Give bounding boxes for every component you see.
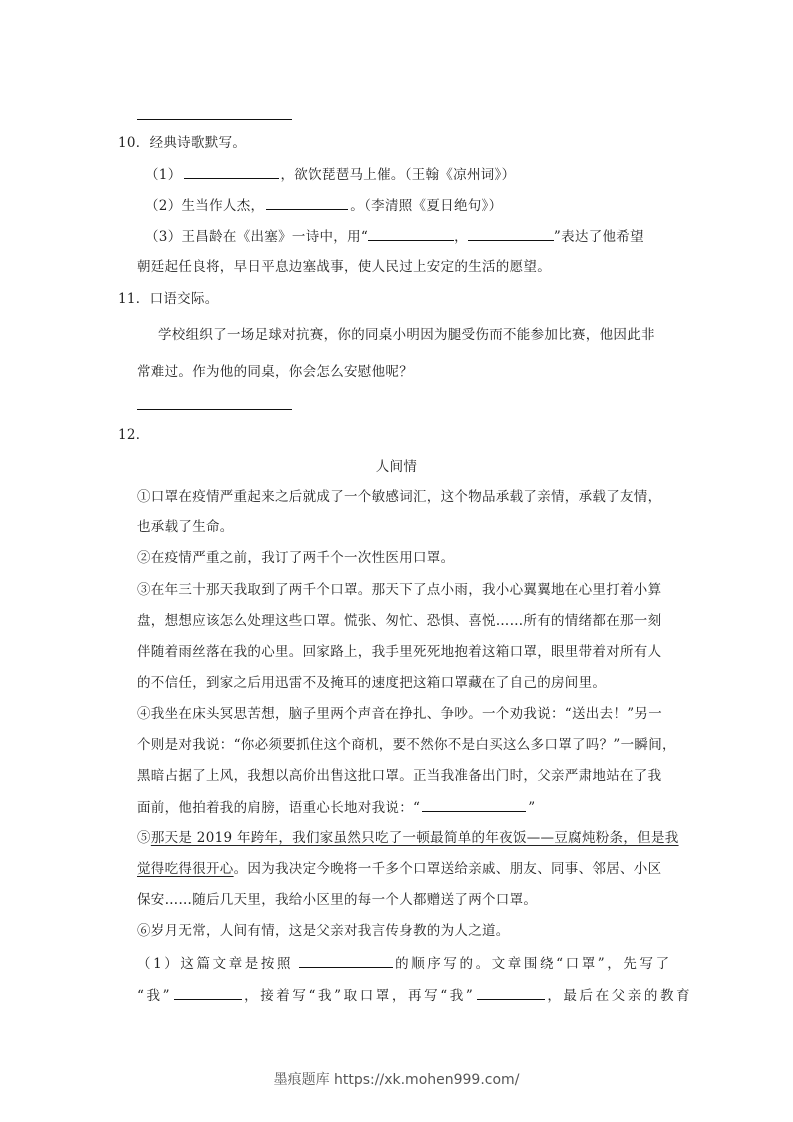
article-title: 人间情 [0,457,793,477]
paragraph-2: ②在疫情严重之前，我订了两千个一次性医用口罩。 [137,548,454,568]
underlined-sentence-part2: 觉得吃得很开心 [137,861,234,877]
q10-item1: （1），欲饮琵琶马上催。（王翰《凉州词》） [145,164,515,185]
paragraph-3-line2: 盘，想想应该怎么处理这些口罩。慌张、匆忙、恐惧、喜悦……所有的情绪都在那一刻 [137,611,661,631]
q10-item2: （2）生当作人杰，。（李清照《夏日绝句》） [145,195,502,216]
subq1-text-after: 的顺序写的。文章围绕“口罩”，先写了 [395,956,672,972]
paragraph-3-line1: ③在年三十那天我取到了两千个口罩。那天下了点小雨，我小心翼翼地在心里打着小算 [137,580,661,600]
q10-item2-text-after: 。（李清照《夏日绝句》） [350,198,502,214]
paragraph-4-close-quote: ” [528,800,535,816]
subq1-line2: “我”，接着写“我”取口罩，再写“我”，最后在父亲的教育 [137,985,692,1006]
subq1-line2-part-b: ，接着写“我”取口罩，再写“我” [244,988,475,1004]
q10-item3-text-before: （3）王昌龄在《出塞》一诗中，用“ [145,229,368,245]
paragraph-4-line4: 面前，他拍着我的肩膀，语重心长地对我说：“” [137,797,535,818]
subq1-blank-2[interactable] [174,985,242,1000]
q11-answer-line[interactable] [137,409,292,410]
subq1-line1: （1）这篇文章是按照的顺序写的。文章围绕“口罩”，先写了 [137,953,672,974]
q12-number: 12． [118,425,150,445]
subq1-blank-3[interactable] [477,985,545,1000]
q10-item3: （3）王昌龄在《出塞》一诗中，用“，”表达了他希望 [145,226,644,247]
q10-item3-blank-1[interactable] [368,226,454,241]
q10-item1-blank[interactable] [184,164,279,179]
paragraph-5-line2-rest: 。因为我决定今晚将一千多个口罩送给亲戚、朋友、同事、邻居、小区 [234,861,662,877]
q11-title: 11．口语交际。 [118,289,219,309]
paragraph-3-line3: 伴随着雨丝落在我的心里。回家路上，我手里死死地抱着这箱口罩，眼里带着对所有人 [137,642,661,662]
q11-prompt-line2: 常难过。作为他的同桌，你会怎么安慰他呢？ [137,362,413,382]
q10-item1-label: （1） [145,167,182,183]
paragraph-4-line2: 个则是对我说：“你必须要抓住这个商机，要不然你不是白买这么多口罩了吗？”一瞬间， [137,735,676,755]
paragraph-1-line1: ①口罩在疫情严重起来之后就成了一个敏感词汇，这个物品承载了亲情，承载了友情， [137,487,661,507]
answer-line[interactable] [137,119,292,120]
paragraph-4-line1: ④我坐在床头冥思苦想，脑子里两个声音在挣扎、争吵。一个劝我说：“送出去！”另一 [137,704,662,724]
subq1-order-blank[interactable] [299,953,393,968]
q10-item2-blank[interactable] [266,195,348,210]
exam-page: 10．经典诗歌默写。 （1），欲饮琵琶马上催。（王翰《凉州词》） （2）生当作人… [0,0,793,1122]
paragraph-5-line2: 觉得吃得很开心。因为我决定今晚将一千多个口罩送给亲戚、朋友、同事、邻居、小区 [137,859,661,879]
paragraph-4-line3: 黑暗占据了上风，我想以高价出售这批口罩。正当我准备出门时，父亲严肃地站在了我 [137,766,661,786]
underlined-sentence-part1: 那天是 2019 年跨年，我们家虽然只吃了一顿最简单的年夜饭——豆腐炖粉条，但是… [151,830,679,846]
footer-watermark: 墨痕题库 https://xk.mohen999.com/ [0,1069,793,1089]
paragraph-6: ⑥岁月无常，人间有情，这是父亲对我言传身教的为人之道。 [137,921,510,941]
q10-item3-comma: ， [454,229,468,245]
paragraph-5-line3: 保安……随后几天里，我给小区里的每一个人都赠送了两个口罩。 [137,890,537,910]
q10-item2-text-before: （2）生当作人杰， [145,198,264,214]
paragraph-5-marker: ⑤ [137,830,151,846]
q11-prompt-line1: 学校组织了一场足球对抗赛，你的同桌小明因为腿受伤而不能参加比赛，他因此非 [158,325,655,345]
paragraph-1-line2: 也承载了生命。 [137,517,234,537]
subq1-line2-part-a: “我” [137,988,172,1004]
paragraph-4-line4-text: 面前，他拍着我的肩膀，语重心长地对我说：“ [137,800,420,816]
subq1-line2-part-c: ，最后在父亲的教育 [547,988,692,1004]
subq1-text-before: （1）这篇文章是按照 [137,956,293,972]
paragraph-3-line4: 的不信任，到家之后用迅雷不及掩耳的速度把这箱口罩藏在了自己的房间里。 [137,673,606,693]
q10-item1-text: ，欲饮琵琶马上催。（王翰《凉州词》） [281,167,516,183]
q10-item3-blank-2[interactable] [468,226,554,241]
paragraph-5-line1: ⑤那天是 2019 年跨年，我们家虽然只吃了一顿最简单的年夜饭——豆腐炖粉条，但… [137,828,679,848]
q10-title: 10．经典诗歌默写。 [118,133,246,153]
q10-item3-line2: 朝廷起任良将，早日平息边塞战事，使人民过上安定的生活的愿望。 [137,257,551,277]
q10-item3-text-after: ”表达了他希望 [554,229,644,245]
father-words-blank[interactable] [422,797,526,812]
